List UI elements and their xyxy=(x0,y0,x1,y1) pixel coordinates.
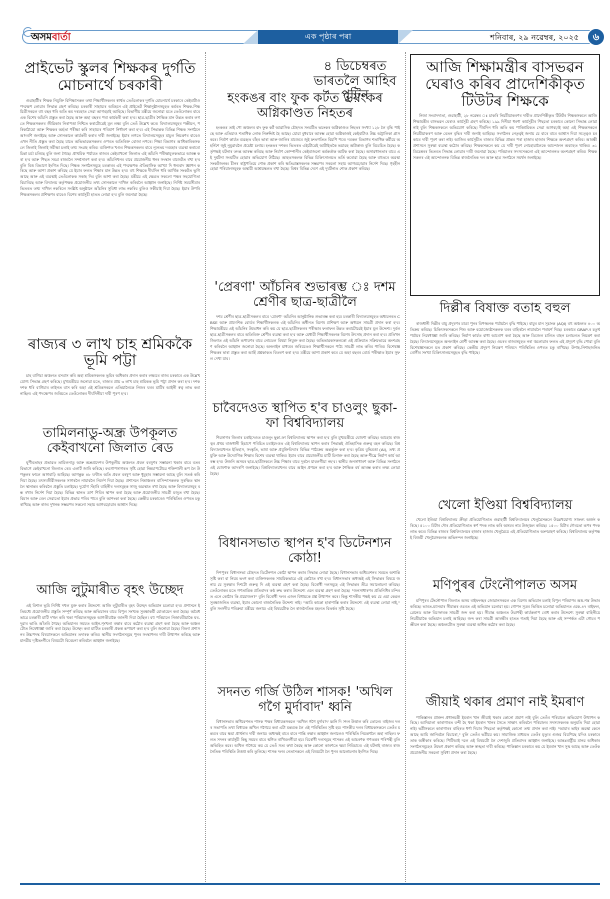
boxed-article-tutor-teachers: আজি শিক্ষামন্ত্ৰীৰ বাসভৱন ঘেৰাও কৰিব প্ৰ… xyxy=(410,54,600,296)
article-hongkong-fire: হংকঙৰ বাং ফুক কৰ্টত ভয়ংকৰ অগ্নিকাণ্ডত ন… xyxy=(210,92,400,275)
article-delhi-pollution: দিল্লীৰ বিষাক্ত বতাহ বহুল ৰাজধানী দিল্লী… xyxy=(410,302,600,493)
article-private-school-teachers: প্ৰাইভেট স্কুলৰ শিক্ষকৰ দুৰ্গতি মোচনাৰ্থ… xyxy=(20,60,200,330)
article-headline: প্ৰাইভেট স্কুলৰ শিক্ষকৰ দুৰ্গতি মোচনাৰ্থ… xyxy=(20,60,200,94)
article-body: গুৱাহাটীৰ শিক্ষক নিযুক্তি বিশিক্ষাসকল তথ… xyxy=(20,98,200,198)
article-manipur-tengnoupal: মণিপুৰৰ টেংনৌপালত অসম মণিপুৰৰ টেংনৌপাল জ… xyxy=(410,579,600,690)
article-headline: ৰাজ্যৰ ৩ লাখ চাহ শ্ৰমিককৈ ভূমি পট্টা xyxy=(20,336,200,370)
article-headline: আজি শিক্ষামন্ত্ৰীৰ বাসভৱন ঘেৰাও কৰিব প্ৰ… xyxy=(413,59,597,109)
article-akhil-gogoi-slogan: সদনত গৰ্জি উঠিল শাসক! 'অখিল গগৈ মুৰ্দাবা… xyxy=(210,686,400,811)
column-right: আজি শিক্ষামন্ত্ৰীৰ বাসভৱন ঘেৰাও কৰিব প্ৰ… xyxy=(410,52,600,827)
article-assembly-detention-room: বিধানসভাত স্থাপন হ'ব ডিটেনশ্যন কোঠা! দিশ… xyxy=(210,537,400,680)
article-body: হংকঙৰ তাই পো অঞ্চলৰ বাং ফুক কৰ্ট আৱাসিক … xyxy=(210,125,400,172)
continued-from-page-one-label: এক পৃষ্ঠাৰ পৰা xyxy=(258,30,398,44)
article-body: মণিপুৰৰ টেংনৌপাল জিলাত অসম ৰাইফলছৰ জোৱান… xyxy=(410,598,600,628)
article-headline: 'প্ৰেৰণা' আঁচনিৰ শুভাৰম্ভ ঃ দশম শ্ৰেণীৰ … xyxy=(210,281,400,310)
article-headline: খেলো ইণ্ডিয়া বিশ্ববিদ্যালয় xyxy=(410,499,600,514)
article-body: দশম শ্ৰেণীৰ ছাত্ৰ-ছাত্ৰীসকলৰ বাবে 'প্ৰেৰ… xyxy=(210,314,400,361)
newspaper-logo: অসমবাৰ্তা xyxy=(31,31,71,44)
article-body: খেলো ইণ্ডিয়া বিশ্ববিদ্যালয় ক্ৰীড়া প্ৰ… xyxy=(410,517,600,541)
article-body: বিধানসভাৰ অধিবেশনত শাসক পক্ষৰ বিধায়কসকল… xyxy=(210,719,400,754)
article-headline: তামিলনাডু-অন্ধ্ৰ উপকূলত কেইবাখনো জিলাত ৰ… xyxy=(20,427,200,456)
article-headline: জীয়াই থকাৰ প্ৰমাণ নাই ইমৰাণ xyxy=(410,696,600,711)
page-bottom-rule xyxy=(20,883,600,885)
article-lutumari-eviction: আজি লুটুমাৰীত বৃহৎ উচ্ছেদ এই বিশাল ভূমি … xyxy=(20,584,200,753)
band-decoration-left xyxy=(243,30,258,44)
article-khelo-india: খেলো ইণ্ডিয়া বিশ্ববিদ্যালয় খেলো ইণ্ডিয… xyxy=(410,499,600,574)
article-putin-visit: ৪ ডিচেম্বৰত ভাৰতলৈ আহিব পুটিন xyxy=(308,60,402,108)
article-prerona-scheme: 'প্ৰেৰণা' আঁচনিৰ শুভাৰম্ভ ঃ দশম শ্ৰেণীৰ … xyxy=(210,281,400,396)
article-headline: বিধানসভাত স্থাপন হ'ব ডিটেনশ্যন কোঠা! xyxy=(210,537,400,566)
article-headline: আজি লুটুমাৰীত বৃহৎ উচ্ছেদ xyxy=(20,584,200,599)
article-headline: মণিপুৰৰ টেংনৌপালত অসম xyxy=(410,579,600,594)
page-number-badge: ৬ xyxy=(587,28,605,46)
column-left: প্ৰাইভেট স্কুলৰ শিক্ষকৰ দুৰ্গতি মোচনাৰ্থ… xyxy=(20,52,200,753)
column-divider xyxy=(405,52,406,882)
issue-date: শনিবাৰ, ২৯ নৱেম্বৰ, ২০২৫ xyxy=(490,31,579,44)
article-imran-khan: জীয়াই থকাৰ প্ৰমাণ নাই ইমৰাণ পাকিস্তানৰ … xyxy=(410,696,600,827)
article-body: ঘূৰ্ণীবতাহৰ প্ৰভাৱত তামিলনাডু আৰু অন্ধ্ৰ… xyxy=(20,460,200,507)
article-body: ৰাজধানী দিল্লীৰ বায়ু প্ৰদূষণৰ মাত্ৰা পু… xyxy=(410,321,600,356)
article-tamilnadu-andhra-alert: তামিলনাডু-অন্ধ্ৰ উপকূলত কেইবাখনো জিলাত ৰ… xyxy=(20,427,200,578)
article-headline: চাবৈদেওত স্থাপিত হ'ব চাওলুং ছুকা-ফা বিশ্… xyxy=(210,402,400,431)
column-divider xyxy=(205,52,206,882)
article-headline: দিল্লীৰ বিষাক্ত বতাহ বহুল xyxy=(410,302,600,317)
article-body: দিশপুৰৰ বিধানসভা চৌহদত ডিটেনশ্যন কোঠা স্… xyxy=(210,570,400,611)
article-body: পাকিস্তানৰ প্ৰাক্তন প্ৰধানমন্ত্ৰী ইমৰান … xyxy=(410,715,600,756)
article-body: চাহ বাগিচা অঞ্চলত বসবাস কৰি অহা শ্ৰমিকসক… xyxy=(20,373,200,397)
column-middle: হংকঙৰ বাং ফুক কৰ্টত ভয়ংকৰ অগ্নিকাণ্ডত ন… xyxy=(210,52,400,811)
article-sukapha-university: চাবৈদেওত স্থাপিত হ'ব চাওলুং ছুকা-ফা বিশ্… xyxy=(210,402,400,531)
article-body: শিৱসাগৰ জিলাৰ চৰাইদেওত চাওলুং ছুকা-ফা বি… xyxy=(210,435,400,476)
article-body: নিজা সংবাদদাতা, গুৱাহাটী, ২৮ নৱেম্বৰ ঃ চ… xyxy=(413,113,597,160)
page-header-band: অসমবাৰ্তা এক পৃষ্ঠাৰ পৰা শনিবাৰ, ২৯ নৱেম… xyxy=(22,30,602,44)
band-decoration-right xyxy=(398,30,413,44)
article-body: এই বিশাল ভূমি নিৰ্দিষ্ট দখল মুক্ত কৰাৰ উ… xyxy=(20,603,200,644)
article-tea-workers-land: ৰাজ্যৰ ৩ লাখ চাহ শ্ৰমিককৈ ভূমি পট্টা চাহ… xyxy=(20,336,200,422)
article-headline: ৪ ডিচেম্বৰত ভাৰতলৈ আহিব পুটিন xyxy=(308,60,402,104)
article-headline: সদনত গৰ্জি উঠিল শাসক! 'অখিল গগৈ মুৰ্দাবা… xyxy=(210,686,400,715)
